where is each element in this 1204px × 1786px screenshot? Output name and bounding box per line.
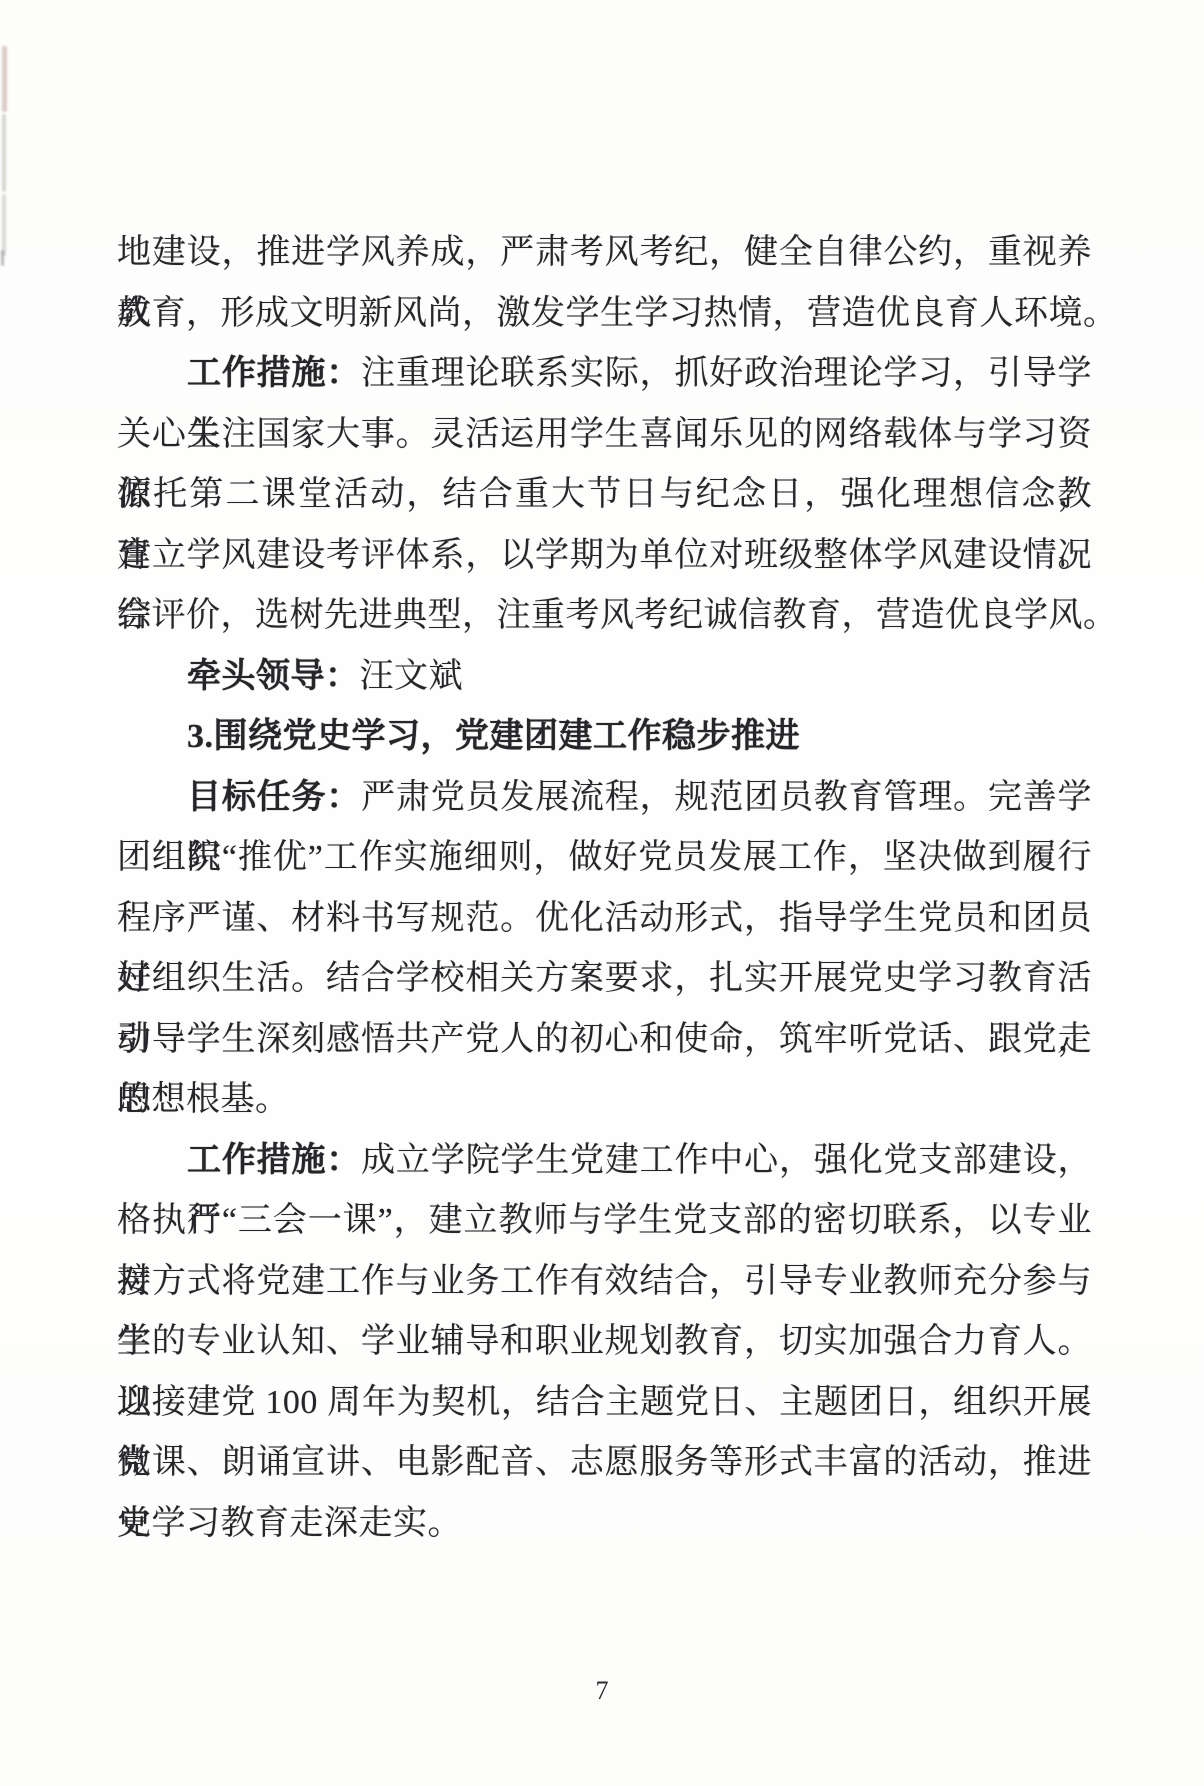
text-run: 合评价，选树先进典型，注重考风考纪诚信教育，营造优良学风。 — [117, 597, 1118, 634]
body-line: 工作措施：成立学院学生党建工作中心，强化党支部建设，严 — [117, 1131, 1092, 1192]
bold-run: 工作措施： — [187, 355, 361, 392]
body-line: 工作措施：注重理论联系实际，抓好政治理论学习，引导学生 — [117, 344, 1092, 405]
body-line: 格执行“三会一课”，建立教师与学生党支部的密切联系，以专业对 — [117, 1191, 1092, 1252]
scanned-document-page: 地建设，推进学风养成，严肃考风考纪，健全自律公约，重视养成教育，形成文明新风尚，… — [0, 0, 1204, 1786]
body-line: 思想根基。 — [117, 1070, 1092, 1131]
bold-run: 牵头领导： — [187, 658, 360, 695]
body-line: 依托第二课堂活动，结合重大节日与纪念日，强化理想信念教育。 — [117, 465, 1092, 526]
body-line: 教育，形成文明新风尚，激发学生学习热情，营造优良育人环境。 — [117, 284, 1092, 345]
body-line: 接方式将党建工作与业务工作有效结合，引导专业教师充分参与学 — [117, 1252, 1092, 1313]
text-run: 团组织“推优”工作实施细则，做好党员发展工作，坚决做到履行 — [117, 839, 1092, 876]
text-run: 教育，形成文明新风尚，激发学生学习热情，营造优良育人环境。 — [117, 295, 1118, 332]
text-run: 史学习教育走深走实。 — [117, 1505, 462, 1542]
text-run: 汪文斌 — [360, 658, 464, 695]
bold-run: 工作措施： — [187, 1142, 361, 1179]
bold-run: 目标任务： — [187, 779, 361, 816]
body-line: 地建设，推进学风养成，严肃考风考纪，健全自律公约，重视养成 — [117, 223, 1092, 284]
bold-run: 3.围绕党史学习，党建团建工作稳步推进 — [187, 718, 800, 755]
body-line: 程序严谨、材料书写规范。优化活动形式，指导学生党员和团员过 — [117, 889, 1092, 950]
document-text-block: 地建设，推进学风养成，严肃考风考纪，健全自律公约，重视养成教育，形成文明新风尚，… — [117, 223, 1092, 1554]
edge-mark — [2, 46, 7, 112]
section-heading: 3.围绕党史学习，党建团建工作稳步推进 — [117, 707, 1092, 768]
text-run: 思想根基。 — [117, 1081, 290, 1118]
body-line: 生的专业认知、学业辅导和职业规划教育，切实加强合力育人。以 — [117, 1312, 1092, 1373]
lead-line: 牵头领导：汪文斌 — [117, 647, 1092, 708]
body-line: 引导学生深刻感悟共产党人的初心和使命，筑牢听党话、跟党走的 — [117, 1010, 1092, 1071]
body-line: 目标任务：严肃党员发展流程，规范团员教育管理。完善学院 — [117, 768, 1092, 829]
body-line: 党课、朗诵宣讲、电影配音、志愿服务等形式丰富的活动，推进党 — [117, 1433, 1092, 1494]
body-line: 史学习教育走深走实。 — [117, 1494, 1092, 1555]
edge-mark — [2, 114, 6, 192]
body-line: 迎接建党 100 周年为契机，结合主题党日、主题团日，组织开展微 — [117, 1373, 1092, 1434]
page-number: 7 — [0, 1676, 1204, 1706]
body-line: 团组织“推优”工作实施细则，做好党员发展工作，坚决做到履行 — [117, 828, 1092, 889]
edge-mark — [1, 250, 4, 266]
body-line: 合评价，选树先进典型，注重考风考纪诚信教育，营造优良学风。 — [117, 586, 1092, 647]
body-line: 好组织生活。结合学校相关方案要求，扎实开展党史学习教育活动， — [117, 949, 1092, 1010]
edge-mark — [2, 194, 6, 256]
body-line: 建立学风建设考评体系，以学期为单位对班级整体学风建设情况综 — [117, 526, 1092, 587]
body-line: 关心关注国家大事。灵活运用学生喜闻乐见的网络载体与学习资源， — [117, 405, 1092, 466]
